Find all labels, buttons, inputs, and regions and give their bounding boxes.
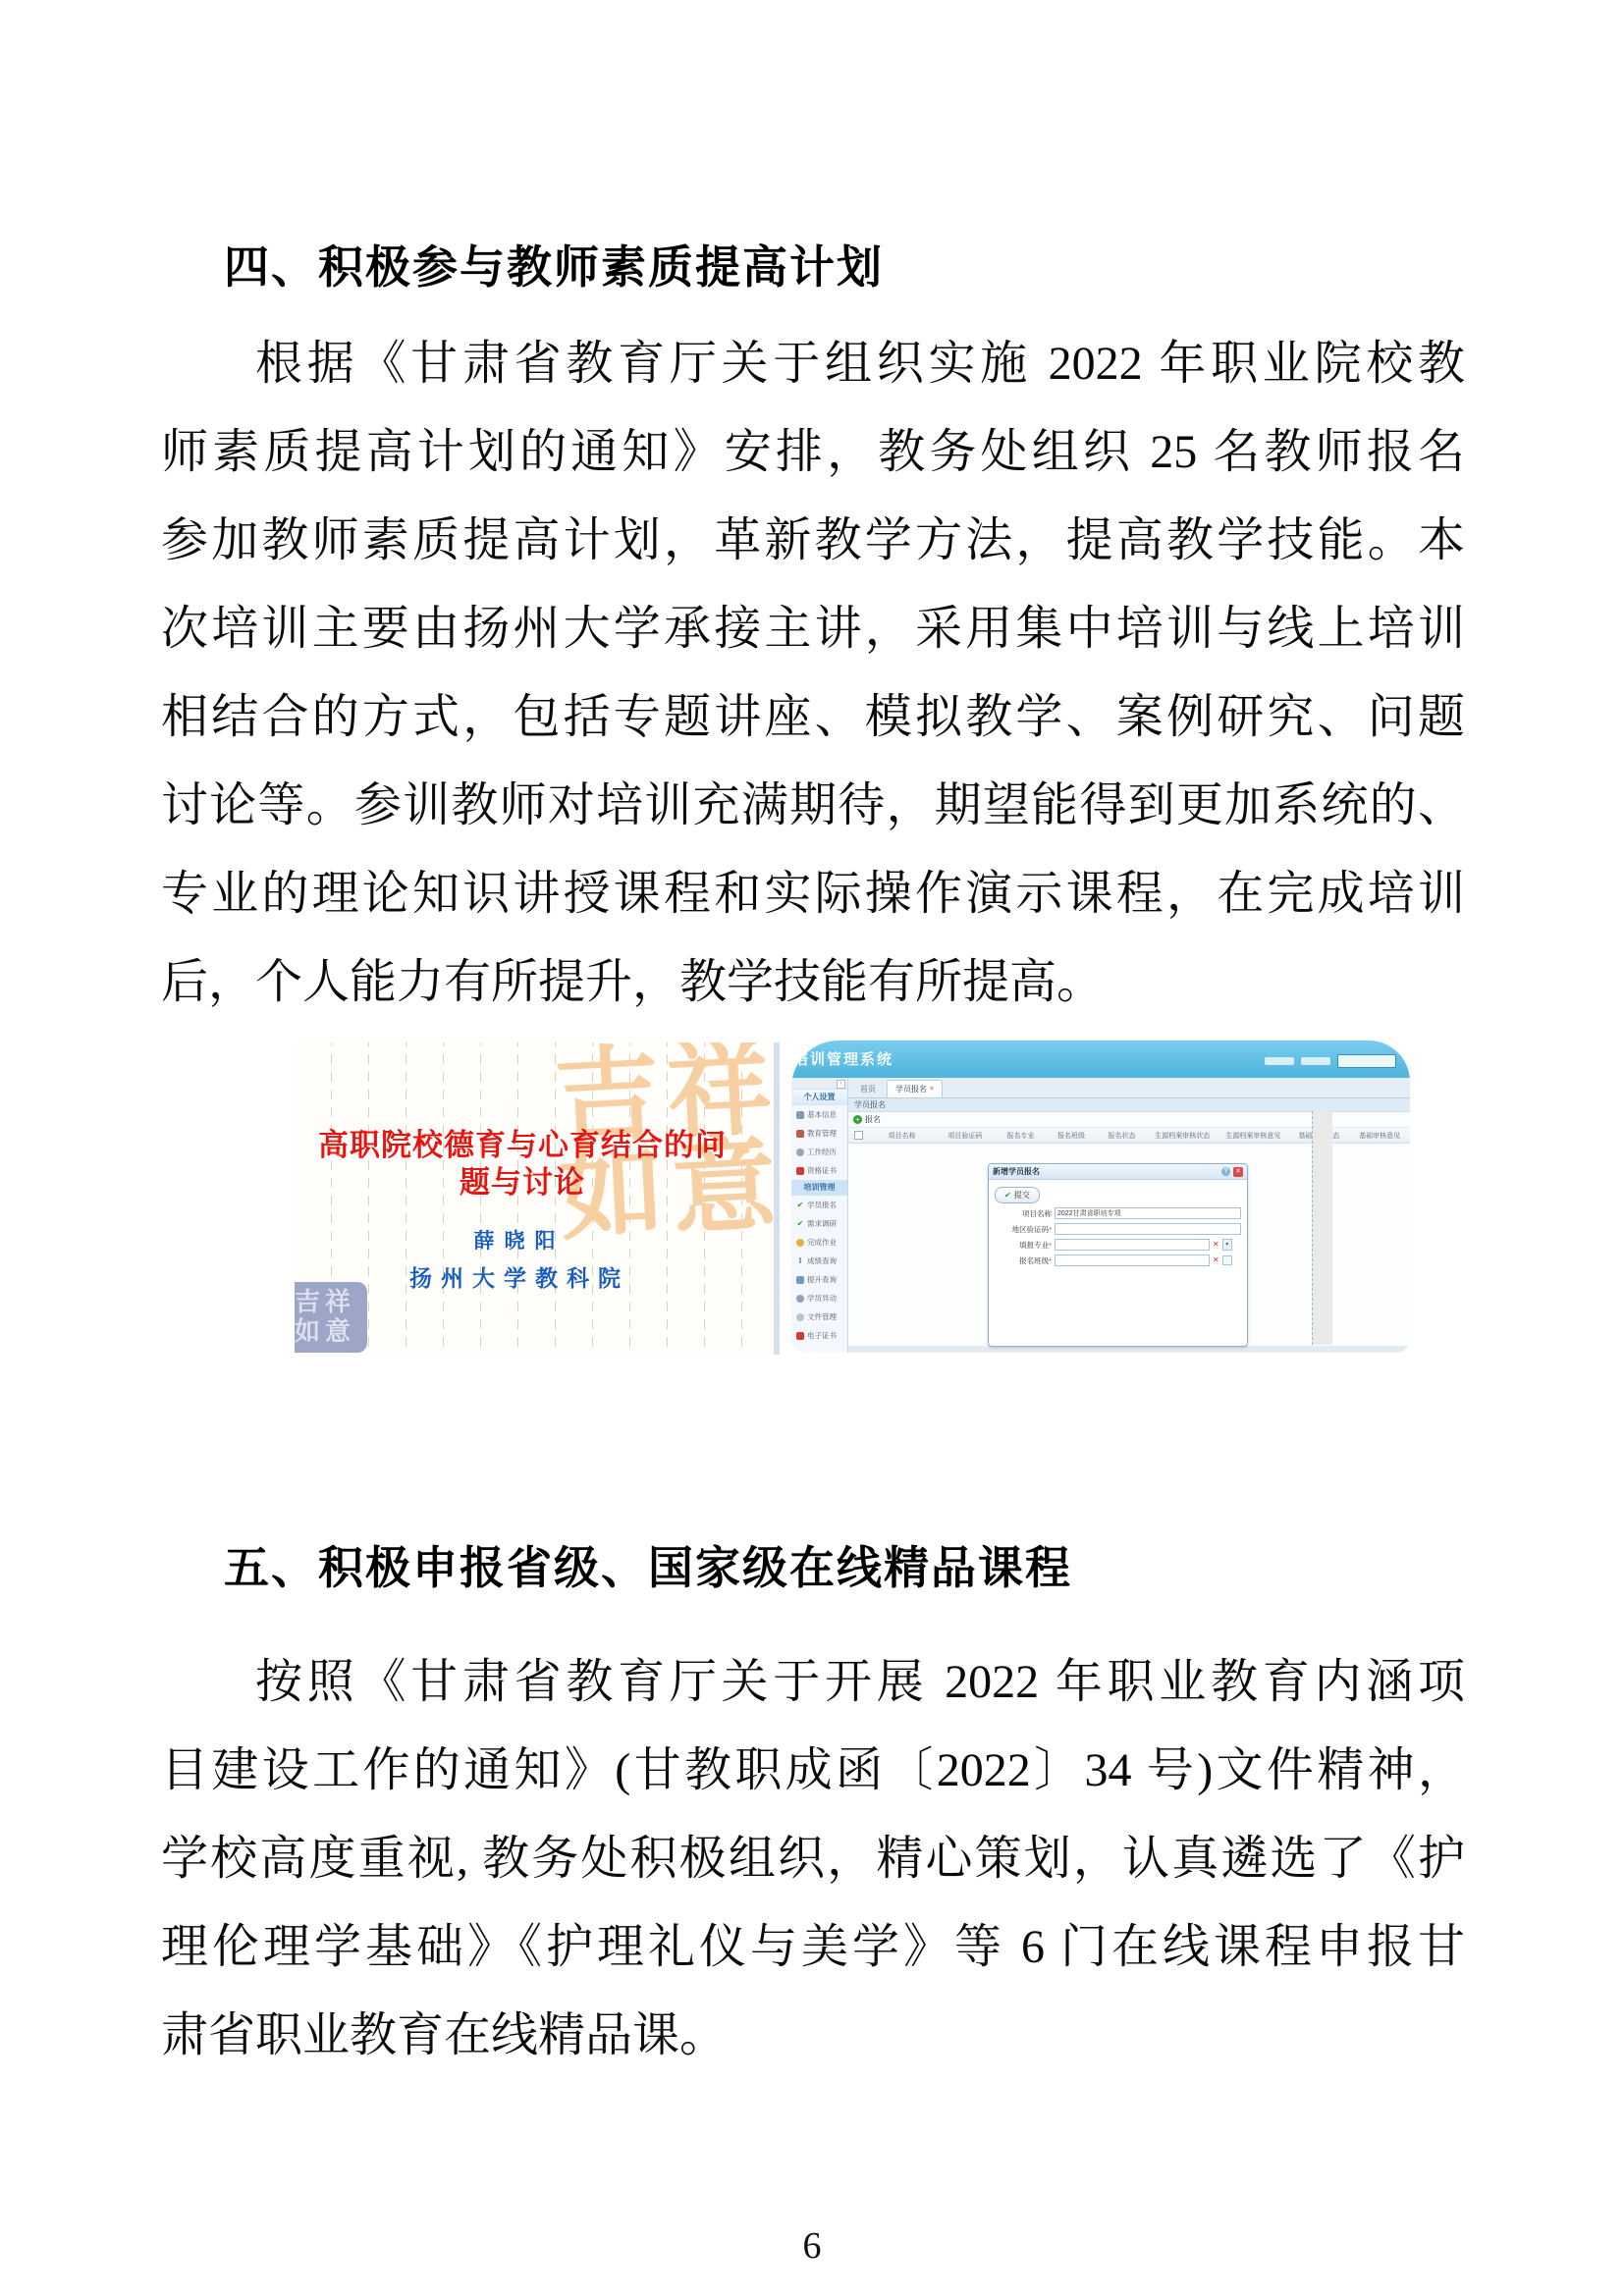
sidebar-section-training: 培训管理	[791, 1180, 847, 1196]
check-icon: ✔	[796, 1201, 804, 1209]
sidebar-item: 电子证书	[791, 1326, 847, 1345]
dialog-body: ✔ 提交 项目名称 地区验证码* 填报专业* ✕ ▾	[989, 1180, 1247, 1271]
sidebar-item-label: 提升查询	[807, 1274, 837, 1285]
sidebar-item-label: 电子证书	[807, 1330, 837, 1341]
field-label: 项目名称	[995, 1208, 1052, 1219]
section4-heading: 四、积极参与教师素质提高计划	[224, 232, 884, 296]
collapsed-right-panel	[1312, 1111, 1332, 1345]
files-icon	[796, 1313, 804, 1321]
sidebar-item-label: 学员异动	[807, 1293, 837, 1304]
close-icon: ✕	[1233, 1167, 1243, 1177]
collapse-icon: ‹	[837, 1080, 845, 1089]
clear-x-icon: ✕	[1213, 1256, 1219, 1264]
sidebar-section-personal: 个人设置	[791, 1090, 847, 1105]
system-sidebar: ‹ 个人设置 基本信息 教育管理 工作经历 资格证书 培训管理 ✔	[791, 1078, 848, 1353]
tab-bar: 首页 学员报名 ×	[848, 1078, 1410, 1098]
check-icon: ✔	[1004, 1191, 1011, 1200]
system-header-right	[1265, 1054, 1396, 1068]
paragraph-line: 专业的理论知识讲授课程和实际操作演示课程，在完成培训	[161, 850, 1465, 938]
paragraph-line: 根据《甘肃省教育厅关于组织实施 2022 年职业院校教	[161, 320, 1465, 408]
column-header: 项目名称	[869, 1131, 935, 1141]
field-label-text: 报名班级	[1019, 1256, 1049, 1265]
slide-right-edge-bar	[774, 1042, 780, 1355]
scores-icon: I	[796, 1257, 804, 1265]
header-link-placeholder	[1265, 1057, 1294, 1065]
slide-figure-image: 吉祥如意 高职院校德育与心育结合的问 题与讨论 薛晓阳 扬州大学教科院 吉祥如意	[295, 1042, 780, 1355]
sidebar-mini-bar: ‹	[791, 1078, 847, 1090]
sidebar-item-label: 教育管理	[807, 1128, 837, 1139]
profile-icon	[796, 1111, 804, 1119]
slide-presenter: 薛晓阳	[295, 1225, 744, 1255]
paragraph-line: 后，个人能力有所提升，教学技能有所提高。	[161, 938, 1465, 1027]
enroll-button-label: 报名	[865, 1114, 881, 1125]
slide-title: 高职院校德育与心育结合的问 题与讨论	[300, 1127, 744, 1201]
sidebar-item-label: 工作经历	[807, 1147, 837, 1157]
paragraph-line: 学校高度重视, 教务处积极组织，精心策划，认真遴选了《护	[161, 1815, 1465, 1903]
field-label-text: 地区验证码	[1012, 1225, 1050, 1234]
project-name-input	[1055, 1207, 1241, 1219]
transfer-icon	[796, 1295, 804, 1303]
section5-heading: 五、积极申报省级、国家级在线精品课程	[224, 1532, 1072, 1597]
system-bottom-strip	[848, 1346, 1410, 1353]
required-asterisk: *	[1049, 1225, 1052, 1234]
seal-stamp: 吉祥如意	[295, 1282, 367, 1353]
paragraph-line: 师素质提高计划的通知》安排，教务处组织 25 名教师报名	[161, 408, 1465, 497]
sidebar-item-label: 成绩查询	[807, 1255, 837, 1266]
field-label: 填报专业*	[995, 1240, 1052, 1251]
column-header: 项目验证码	[935, 1131, 996, 1141]
tab-label: 学员报名	[895, 1084, 927, 1095]
tab-home: 首页	[852, 1081, 884, 1097]
add-plus-icon: +	[853, 1115, 862, 1124]
header-link-placeholder	[1301, 1057, 1330, 1065]
tab-enrollment: 学员报名 ×	[887, 1080, 943, 1097]
major-input	[1055, 1239, 1210, 1251]
clear-x-icon: ✕	[1213, 1241, 1219, 1249]
paragraph-line: 理伦理学基础》《护理礼仪与美学》等 6 门在线课程申报甘	[161, 1903, 1465, 1992]
area-code-input	[1055, 1223, 1241, 1235]
homework-icon	[796, 1239, 804, 1247]
column-header: 生源档案审核意见	[1218, 1131, 1288, 1141]
education-icon	[796, 1130, 804, 1138]
header-search-box	[1337, 1054, 1396, 1068]
form-row: 项目名称	[995, 1207, 1241, 1219]
form-row: 报名班级* ✕	[995, 1255, 1241, 1266]
form-row: 地区验证码*	[995, 1223, 1241, 1235]
dropdown-icon: ▾	[1222, 1239, 1232, 1251]
field-label: 报名班级*	[995, 1255, 1052, 1266]
sidebar-item: 完成作业	[791, 1233, 847, 1252]
column-header: 报名专业	[996, 1131, 1047, 1141]
panel-title: 学员报名	[848, 1098, 1410, 1112]
sidebar-item-label: 基本信息	[807, 1109, 837, 1120]
column-header: 基础审核意见	[1349, 1131, 1410, 1141]
sidebar-item: 提升查询	[791, 1270, 847, 1289]
system-app-title: 培训管理系统	[793, 1048, 893, 1069]
column-header: 生源档案审核状态	[1147, 1131, 1218, 1141]
paragraph-line: 相结合的方式，包括专题讲座、模拟教学、案例研究、问题	[161, 673, 1465, 762]
sidebar-item: 基本信息	[791, 1105, 847, 1124]
dialog-title: 新增学员报名	[993, 1166, 1040, 1177]
dialog-title-bar: 新增学员报名 ? ✕	[989, 1164, 1247, 1180]
sidebar-item: 文件管理	[791, 1308, 847, 1326]
seal-stamp-text: 吉祥如意	[295, 1288, 357, 1347]
work-history-icon	[796, 1148, 804, 1156]
sidebar-item-label: 资格证书	[807, 1165, 837, 1176]
new-enrollment-dialog: 新增学员报名 ? ✕ ✔ 提交 项目名称 地区验证码*	[988, 1163, 1248, 1347]
certificate-icon	[796, 1167, 804, 1175]
field-label-text: 填报专业	[1019, 1241, 1049, 1250]
sidebar-item: 教育管理	[791, 1124, 847, 1143]
required-asterisk: *	[1049, 1256, 1052, 1265]
sidebar-item-label: 完成作业	[807, 1237, 837, 1248]
paragraph-line: 次培训主要由扬州大学承接主讲，采用集中培训与线上培训	[161, 585, 1465, 673]
e-certificate-icon	[796, 1332, 804, 1340]
select-all-checkbox	[854, 1131, 863, 1140]
paragraph-line: 参加教师素质提高计划，革新教学方法，提高教学技能。本	[161, 497, 1465, 585]
column-header: 报名班级	[1046, 1131, 1097, 1141]
sidebar-item: 资格证书	[791, 1161, 847, 1180]
sidebar-item-label: 学员报名	[807, 1200, 837, 1210]
section4-paragraph: 根据《甘肃省教育厅关于组织实施 2022 年职业院校教 师素质提高计划的通知》安…	[161, 320, 1465, 1027]
page-number: 6	[0, 2224, 1624, 2268]
help-icon: ?	[1221, 1167, 1230, 1176]
document-page: 四、积极参与教师素质提高计划 根据《甘肃省教育厅关于组织实施 2022 年职业院…	[0, 0, 1624, 2296]
column-header: 报名状态	[1097, 1131, 1148, 1141]
slide-title-line2: 题与讨论	[460, 1165, 585, 1200]
system-screenshot-image: 培训管理系统 ‹ 个人设置 基本信息 教育管理 工作经历	[791, 1041, 1410, 1353]
paragraph-line: 肃省职业教育在线精品课。	[161, 1992, 1465, 2080]
sidebar-item: 工作经历	[791, 1143, 847, 1161]
submit-button-label: 提交	[1014, 1190, 1030, 1201]
form-row: 填报专业* ✕ ▾	[995, 1239, 1241, 1251]
sidebar-item-label: 需求调研	[807, 1218, 837, 1229]
sidebar-item: 学员异动	[791, 1289, 847, 1308]
submit-button: ✔ 提交	[995, 1187, 1040, 1203]
slide-title-line1: 高职院校德育与心育结合的问	[318, 1128, 727, 1162]
section5-paragraph: 按照《甘肃省教育厅关于开展 2022 年职业教育内涵项 目建设工作的通知》(甘教…	[161, 1638, 1465, 2080]
search-query-icon	[796, 1276, 804, 1284]
required-asterisk: *	[1049, 1241, 1052, 1250]
paragraph-line: 目建设工作的通知》(甘教职成函〔2022〕34 号)文件精神，	[161, 1727, 1465, 1815]
sidebar-item: ✔ 学员报名	[791, 1196, 847, 1214]
tab-close-icon: ×	[930, 1086, 934, 1093]
paragraph-line: 讨论等。参训教师对培训充满期待，期望能得到更加系统的、	[161, 762, 1465, 850]
system-header-bar: 培训管理系统	[791, 1041, 1410, 1078]
picker-icon	[1222, 1255, 1232, 1265]
paragraph-line: 按照《甘肃省教育厅关于开展 2022 年职业教育内涵项	[161, 1638, 1465, 1727]
check-icon: ✔	[796, 1220, 804, 1228]
sidebar-item: I 成绩查询	[791, 1252, 847, 1270]
sidebar-item-label: 文件管理	[807, 1311, 837, 1322]
sidebar-item: ✔ 需求调研	[791, 1214, 847, 1233]
field-label: 地区验证码*	[995, 1224, 1052, 1235]
class-input	[1055, 1255, 1210, 1266]
